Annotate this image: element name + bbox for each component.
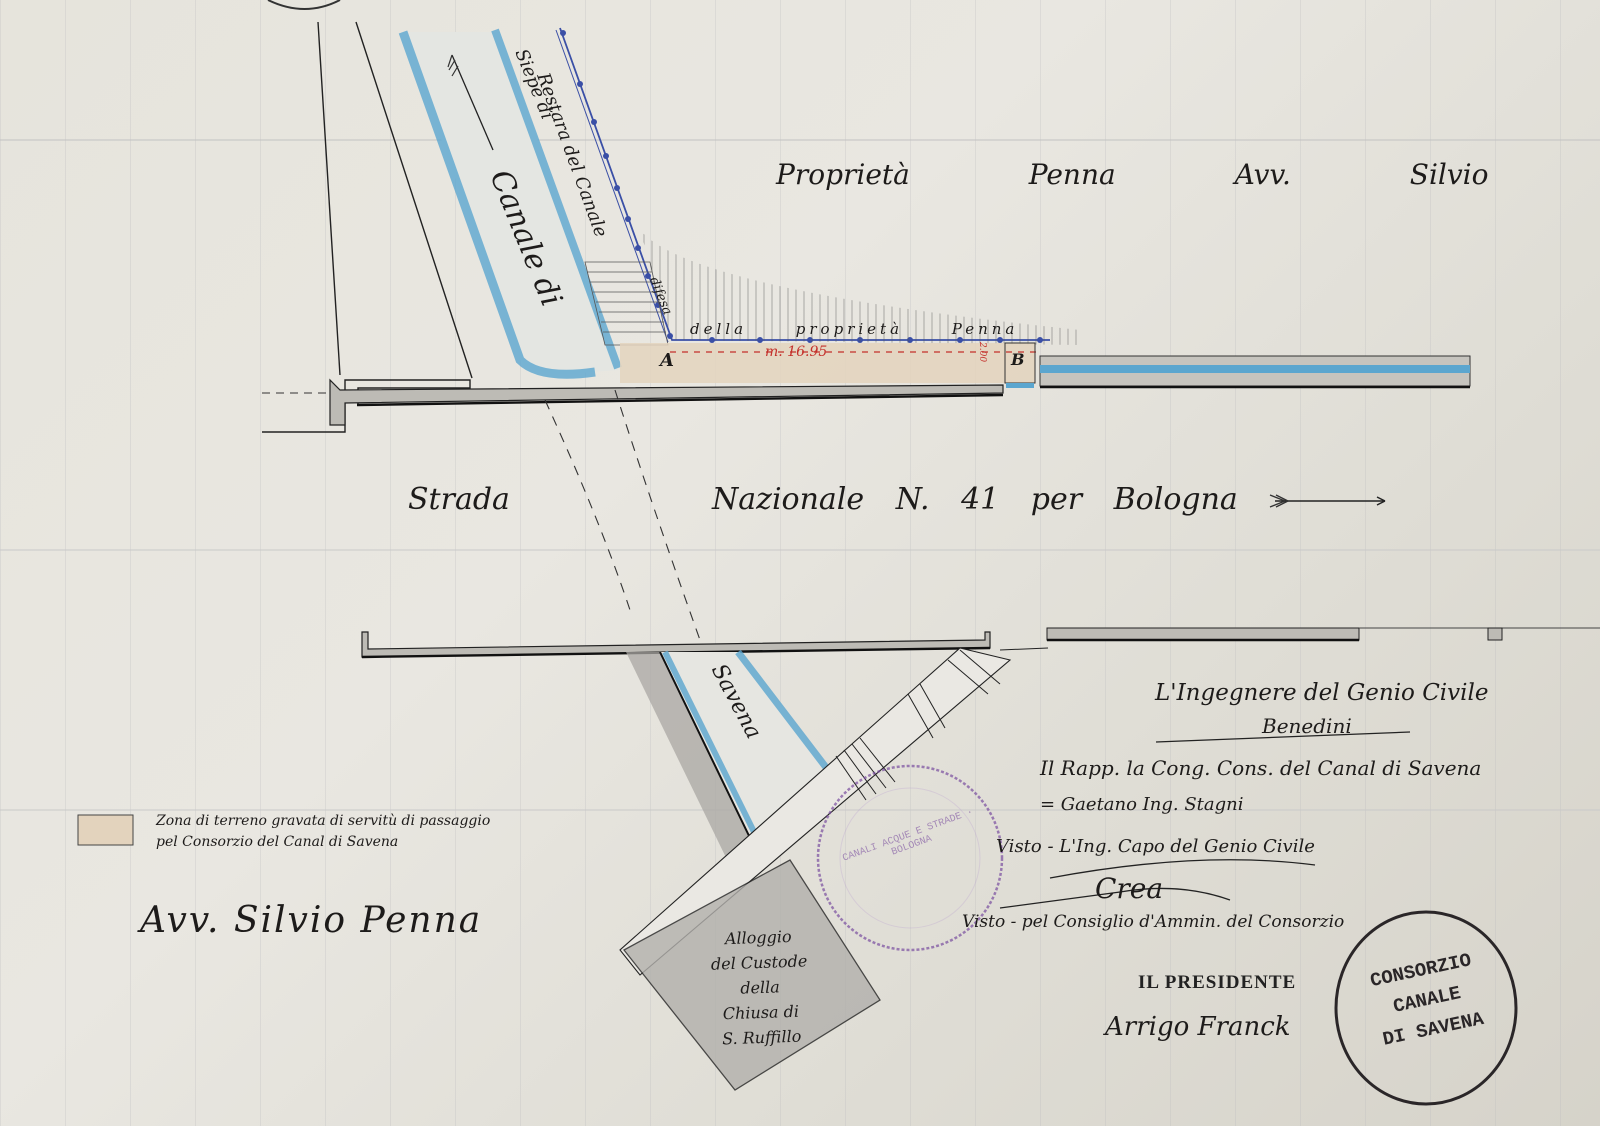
visto-consiglio-line: Visto - pel Consiglio d'Ammin. del Conso… — [962, 912, 1344, 932]
road-label-strada: Strada — [408, 482, 510, 517]
measurement-main: m. 16.95 — [765, 344, 827, 360]
point-a-label: A — [660, 350, 674, 371]
visto-capo-line: Visto - L'Ing. Capo del Genio Civile — [996, 836, 1315, 857]
point-b-label: B — [1011, 350, 1025, 369]
legend-line-1: Zona di terreno gravata di servitù di pa… — [156, 813, 490, 829]
owner-signature: Avv. Silvio Penna — [140, 900, 482, 941]
legend-swatch — [78, 815, 133, 845]
engineer-title: L'Ingegnere del Genio Civile — [1155, 680, 1488, 706]
representative-line: Il Rapp. la Cong. Cons. del Canal di Sav… — [1040, 756, 1481, 780]
document-sheet: Siepe di Restara del Canale Canale di di… — [0, 0, 1600, 1126]
servitude-zone — [620, 343, 1035, 383]
custodian-house-label: Alloggio del Custode della Chiusa di S. … — [688, 923, 832, 1053]
representative-name: = Gaetano Ing. Stagni — [1040, 794, 1244, 815]
road-label-nazionale: Nazionale N. 41 per Bologna — [712, 482, 1238, 517]
engineer-name: Benedini — [1262, 714, 1352, 738]
measurement-side: 2.00 — [977, 342, 987, 362]
president-label: IL PRESIDENTE — [1138, 972, 1296, 994]
property-edge-label: della proprietà Penna — [690, 320, 1018, 338]
capo-signature: Crea — [1095, 872, 1163, 905]
president-signature: Arrigo Franck — [1105, 1012, 1291, 1042]
property-owner-label: Proprietà Penna Avv. Silvio — [776, 158, 1489, 191]
legend-line-2: pel Consorzio del Canal di Savena — [156, 834, 398, 850]
